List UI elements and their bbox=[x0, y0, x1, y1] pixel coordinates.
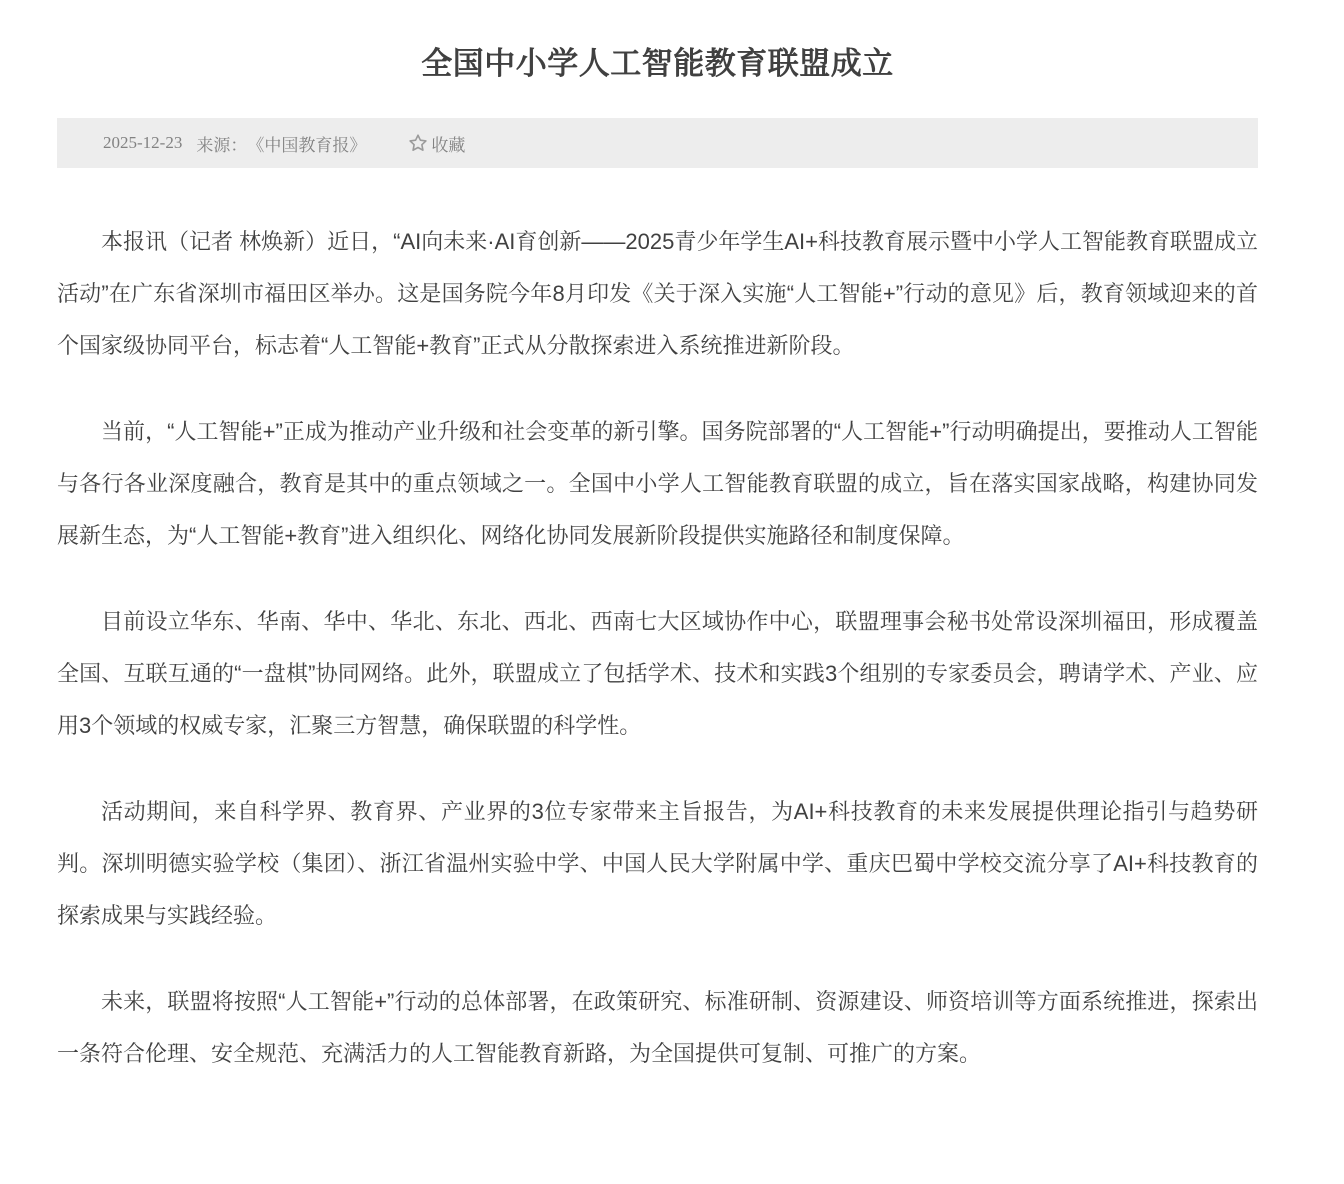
article-source: 来源： 《中国教育报》 bbox=[196, 131, 366, 156]
article-paragraph: 本报讯（记者 林焕新）近日，“AI向未来·AI育创新——2025青少年学生AI+… bbox=[57, 216, 1258, 372]
source-label: 来源： bbox=[196, 131, 247, 156]
article-paragraph: 目前设立华东、华南、华中、华北、东北、西北、西南七大区域协作中心，联盟理事会秘书… bbox=[57, 596, 1258, 752]
article-paragraph: 当前，“人工智能+”正成为推动产业升级和社会变革的新引擎。国务院部署的“人工智能… bbox=[57, 406, 1258, 562]
source-name: 《中国教育报》 bbox=[247, 131, 366, 156]
favorite-button[interactable]: 收藏 bbox=[408, 131, 465, 156]
star-icon bbox=[408, 133, 428, 153]
article-paragraph: 活动期间，来自科学界、教育界、产业界的3位专家带来主旨报告，为AI+科技教育的未… bbox=[57, 786, 1258, 942]
article-body: 本报讯（记者 林焕新）近日，“AI向未来·AI育创新——2025青少年学生AI+… bbox=[57, 168, 1258, 1080]
publish-date: 2025-12-23 bbox=[103, 133, 182, 153]
article-meta-bar: 2025-12-23 来源： 《中国教育报》 收藏 bbox=[57, 118, 1258, 168]
favorite-label: 收藏 bbox=[431, 131, 465, 156]
article-paragraph: 未来，联盟将按照“人工智能+”行动的总体部署，在政策研究、标准研制、资源建设、师… bbox=[57, 976, 1258, 1080]
page-title: 全国中小学人工智能教育联盟成立 bbox=[57, 45, 1258, 83]
article-page: 全国中小学人工智能教育联盟成立 2025-12-23 来源： 《中国教育报》 收… bbox=[57, 45, 1258, 1080]
